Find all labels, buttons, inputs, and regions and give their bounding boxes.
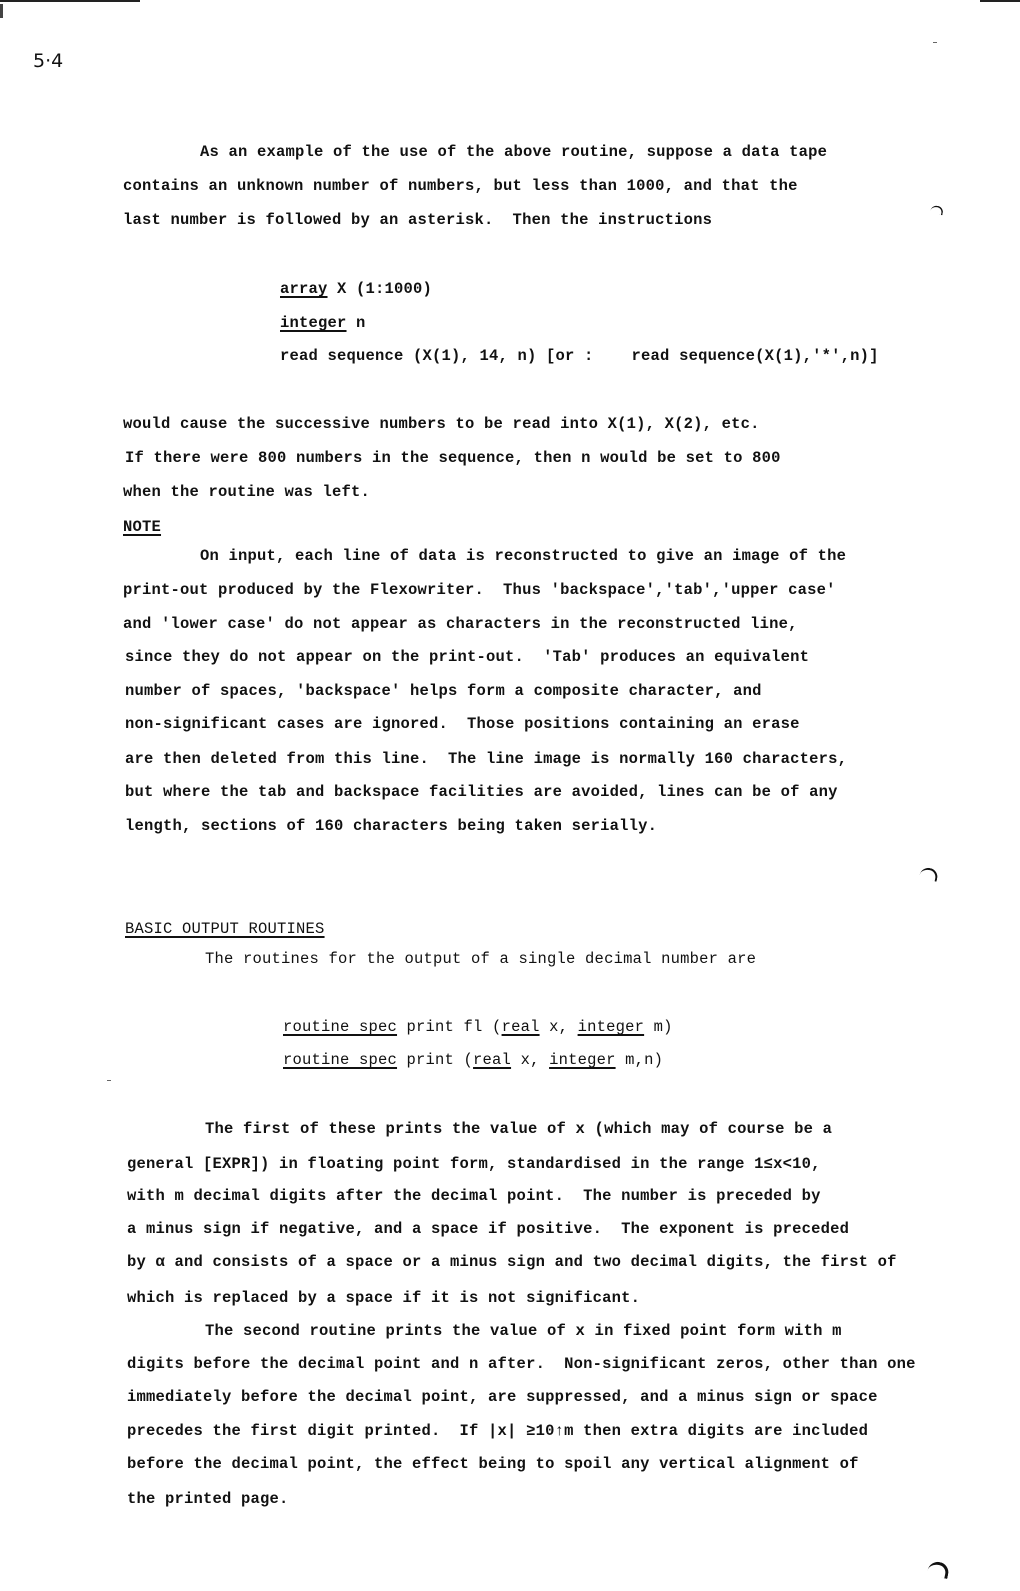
note-line: but where the tab and backspace faciliti… [125, 783, 838, 801]
para2-line: digits before the decimal point and n af… [127, 1355, 916, 1373]
para2-line: The second routine prints the value of x… [205, 1322, 842, 1340]
result-line: when the routine was left. [123, 483, 370, 501]
scan-speck [933, 42, 937, 43]
note-line: On input, each line of data is reconstru… [200, 547, 846, 565]
para1-line: The first of these prints the value of x… [205, 1120, 832, 1138]
note-line: print-out produced by the Flexowriter. T… [123, 581, 836, 599]
example-line: As an example of the use of the above ro… [200, 143, 827, 161]
para1-line: which is replaced by a space if it is no… [127, 1289, 640, 1307]
page-number: 5·4 [33, 50, 63, 72]
section-intro: The routines for the output of a single … [205, 950, 756, 968]
note-line: are then deleted from this line. The lin… [125, 750, 847, 768]
para2-line: precedes the first digit printed. If |x|… [127, 1422, 868, 1440]
section-heading: BASIC OUTPUT ROUTINES [125, 920, 325, 938]
margin-arc-mark [930, 205, 944, 216]
para2-line: immediately before the decimal point, ar… [127, 1388, 878, 1406]
scan-edge-top-right [980, 0, 1020, 2]
code-line-read-sequence: read sequence (X(1), 14, n) [or : read s… [280, 347, 879, 365]
routine-spec-print: routine spec print (real x, integer m,n) [283, 1051, 663, 1069]
margin-arc-mark [927, 1560, 951, 1579]
note-line: and 'lower case' do not appear as charac… [123, 615, 798, 633]
example-line: contains an unknown number of numbers, b… [123, 177, 798, 195]
para2-line: the printed page. [127, 1490, 289, 1508]
note-line: length, sections of 160 characters being… [125, 817, 657, 835]
note-line: non-significant cases are ignored. Those… [125, 715, 800, 733]
para1-line: with m decimal digits after the decimal … [127, 1187, 821, 1205]
para2-line: before the decimal point, the effect bei… [127, 1455, 859, 1473]
para1-line: general [EXPR]) in floating point form, … [127, 1155, 821, 1173]
para1-line: by α and consists of a space or a minus … [127, 1253, 897, 1271]
keyword-array: array [280, 280, 328, 298]
scan-speck [107, 1080, 111, 1081]
note-line: number of spaces, 'backspace' helps form… [125, 682, 762, 700]
result-line: If there were 800 numbers in the sequenc… [125, 449, 781, 467]
routine-spec-print-fl: routine spec print fl (real x, integer m… [283, 1018, 673, 1036]
margin-arc-mark [919, 866, 939, 881]
code-line-array: array X (1:1000) [280, 280, 432, 298]
result-line: would cause the successive numbers to be… [123, 415, 760, 433]
note-heading: NOTE [123, 518, 161, 536]
scan-edge-mark [0, 4, 3, 18]
note-line: since they do not appear on the print-ou… [125, 648, 809, 666]
code-line-integer: integer n [280, 314, 366, 332]
keyword-integer: integer [280, 314, 347, 332]
para1-line: a minus sign if negative, and a space if… [127, 1220, 849, 1238]
document-page: 5·4 As an example of the use of the abov… [0, 0, 1020, 1591]
scan-edge-top-left [0, 0, 140, 2]
example-line: last number is followed by an asterisk. … [123, 211, 712, 229]
